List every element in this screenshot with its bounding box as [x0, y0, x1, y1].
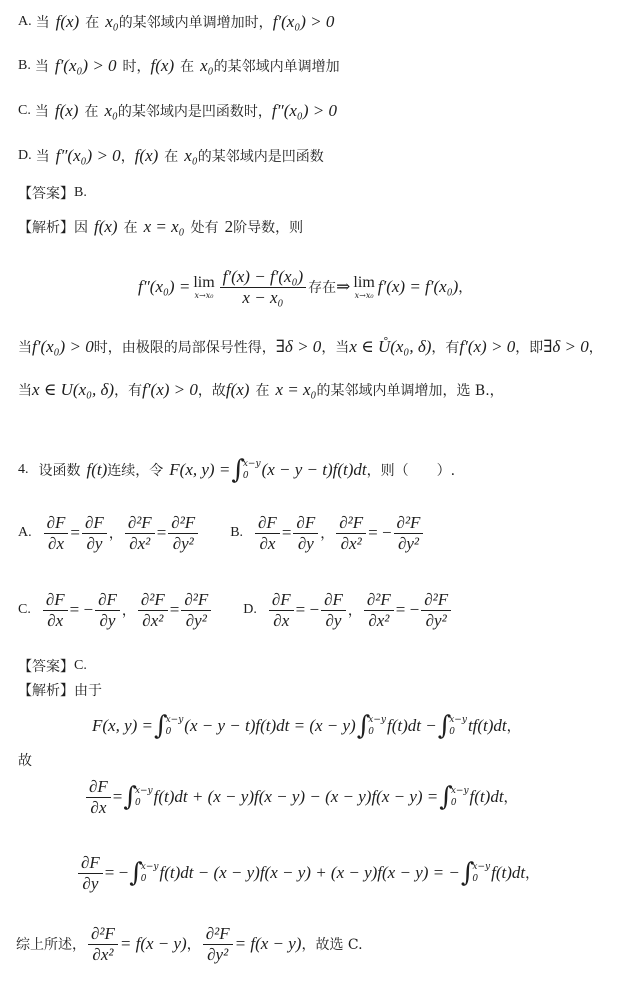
option-label: B. [18, 58, 31, 74]
q4-equation-partial-x: ∂F∂x = ∫x−y0 f(t)dt + (x − y)f(x − y) − … [84, 772, 518, 822]
option-label: C. [18, 103, 31, 119]
integral-sign: ∫x−y0 [154, 713, 183, 739]
integral-sign: ∫x−y0 [461, 860, 490, 886]
option-label: A. [18, 14, 32, 30]
q3-analysis-intro: 【解析】 因 f(x) 在 x = x₀ 处有 2 阶导数，则 [18, 212, 303, 242]
option-label: D. [243, 602, 257, 618]
analysis-tag: 【解析】 [18, 680, 74, 700]
q4-options-row-1: A. ∂F∂x = ∂F∂y ， ∂²F∂x² = ∂²F∂y² B. ∂F∂x… [18, 508, 425, 558]
q3-analysis-para-1: 当 f′(x₀) > 0 时，由极限的局部保号性得， ∃δ > 0 ，当 x ∈… [18, 332, 603, 362]
q4-equation-partial-y: ∂F∂y = − ∫x−y0 f(t)dt − (x − y)f(x − y) … [76, 848, 539, 898]
option-label: A. [18, 525, 32, 541]
q3-analysis-para-2: 当 x ∈ U(x₀, δ) ，有 f′(x) > 0 ，故 f(x) 在 x … [18, 375, 504, 405]
answer-value: C. [74, 658, 87, 674]
derivative-fraction: f′(x) − f′(x₀) x − x₀ [220, 267, 307, 308]
q3-option-d: D. 当 f″(x₀) > 0 ， f(x) 在 x₀ 的某邻域内是凹函数 [18, 140, 324, 172]
q3-option-b: B. 当 f′(x₀) > 0 时， f(x) 在 x₀ 的某邻域内单调增加 [18, 50, 340, 82]
q3-option-c: C. 当 f(x) 在 x₀ 的某邻域内是凹函数时， f″(x₀) > 0 [18, 95, 337, 127]
integral-sign: ∫x−y0 [357, 713, 386, 739]
option-label: C. [18, 602, 31, 618]
q3-limit-equation: f″(x₀) = lim x→x₀ f′(x) − f′(x₀) x − x₀ … [138, 262, 472, 312]
option-label: D. [18, 148, 32, 164]
q3-option-a: A. 当 f(x) 在 x₀ 的某邻域内单调增加时， f′(x₀) > 0 [18, 6, 334, 38]
q3-answer: 【答案】 B. [18, 180, 91, 206]
answer-tag: 【答案】 [18, 656, 74, 676]
integral-sign: ∫ x−y0 [231, 457, 260, 483]
q4-stem: 4. 设函数 f(t) 连续，令 F(x, y) = ∫ x−y0 (x − y… [18, 452, 455, 488]
q4-analysis-intro: 【解析】 由于 [18, 678, 102, 702]
integral-sign: ∫x−y0 [129, 860, 158, 886]
answer-tag: 【答案】 [18, 183, 74, 203]
option-label: B. [230, 525, 243, 541]
question-number: 4. [18, 462, 29, 478]
answer-value: B. [74, 185, 87, 201]
q4-equation-1: F(x, y) = ∫x−y0 (x − y − t)f(t)dt = (x −… [92, 706, 521, 746]
integral-sign: ∫x−y0 [439, 784, 468, 810]
integral-sign: ∫x−y0 [438, 713, 467, 739]
integral-sign: ∫x−y0 [123, 784, 152, 810]
q4-answer: 【答案】 C. [18, 654, 91, 678]
q4-conclusion: 综上所述， ∂²F∂x² = f(x − y) ， ∂²F∂y² = f(x −… [16, 918, 363, 970]
q4-therefore: 故 [18, 748, 32, 772]
analysis-tag: 【解析】 [18, 217, 74, 237]
q4-options-row-2: C. ∂F∂x = − ∂F∂y ， ∂²F∂x² = ∂²F∂y² D. ∂F… [18, 585, 453, 635]
